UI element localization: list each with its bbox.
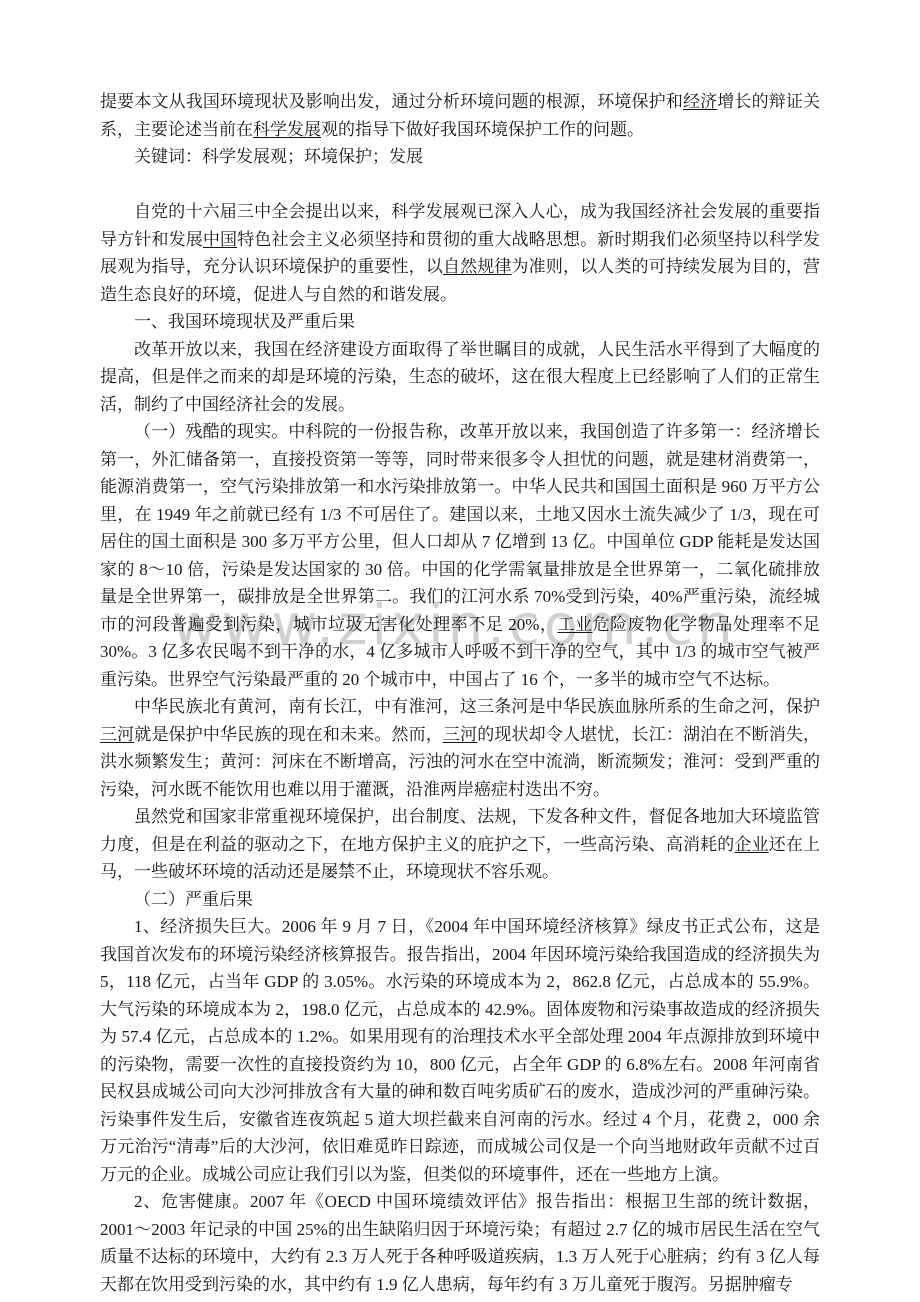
link-three-rivers-2[interactable]: 三河 (443, 725, 477, 744)
document-page: www.zixin.com.cn 提要本文从我国环境现状及影响出发，通过分析环境… (0, 0, 920, 1302)
paragraph-economic-loss: 1、经济损失巨大。2006 年 9 月 7 日，《2004 年中国环境经济核算》… (100, 913, 820, 1188)
text-run: 关键词：科学发展观；环境保护；发展 (134, 147, 423, 166)
keywords-line: 关键词：科学发展观；环境保护；发展 (100, 143, 820, 171)
section-heading-1: 一、我国环境现状及严重后果 (100, 308, 820, 336)
heading-text: （二）严重后果 (134, 890, 253, 909)
text-run: 1、经济损失巨大。2006 年 9 月 7 日，《2004 年中国环境经济核算》… (100, 917, 820, 1184)
text-run: 观的指导下做好我国环境保护工作的问题。 (321, 120, 644, 139)
link-enterprise[interactable]: 企业 (734, 835, 768, 854)
document-body: 提要本文从我国环境现状及影响出发，通过分析环境问题的根源，环境保护和经济增长的辩… (100, 88, 820, 1298)
paragraph-harsh-reality: （一）残酷的现实。中科院的一份报告称，改革开放以来，我国创造了许多第一：经济增长… (100, 418, 820, 693)
text-run: 改革开放以来，我国在经济建设方面取得了举世瞩目的成就，人民生活水平得到了大幅度的… (100, 340, 820, 414)
text-run: 中华民族北有黄河，南有长江，中有淮河，这三条河是中华民族血脉所系的生命之河，保护 (134, 697, 820, 716)
heading-text: 一、我国环境现状及严重后果 (134, 312, 355, 331)
text-run: （一）残酷的现实。中科院的一份报告称，改革开放以来，我国创造了许多第一：经济增长… (100, 422, 820, 634)
text-run: 提要本文从我国环境现状及影响出发，通过分析环境问题的根源，环境保护和 (100, 92, 683, 111)
link-china[interactable]: 中国 (203, 230, 237, 249)
paragraph-health-harm: 2、危害健康。2007 年《OECD 中国环境绩效评估》报告指出：根据卫生部的统… (100, 1188, 820, 1298)
abstract-paragraph: 提要本文从我国环境现状及影响出发，通过分析环境问题的根源，环境保护和经济增长的辩… (100, 88, 820, 143)
text-run: 虽然党和国家非常重视环境保护，出台制度、法规，下发各种文件，督促各地加大环境监管… (100, 807, 820, 854)
intro-paragraph: 自党的十六届三中全会提出以来，科学发展观已深入人心，成为我国经济社会发展的重要指… (100, 198, 820, 308)
text-run: 2、危害健康。2007 年《OECD 中国环境绩效评估》报告指出：根据卫生部的统… (100, 1192, 820, 1294)
link-economy[interactable]: 经济 (683, 92, 717, 111)
paragraph-government-efforts: 虽然党和国家非常重视环境保护，出台制度、法规，下发各种文件，督促各地加大环境监管… (100, 803, 820, 886)
paragraph-reform-opening: 改革开放以来，我国在经济建设方面取得了举世瞩目的成就，人民生活水平得到了大幅度的… (100, 336, 820, 419)
text-run: 就是保护中华民族的现在和未来。然而， (134, 725, 443, 744)
link-three-rivers-1[interactable]: 三河 (100, 725, 134, 744)
link-industry[interactable]: 工业 (557, 615, 592, 634)
paragraph-three-rivers: 中华民族北有黄河，南有长江，中有淮河，这三条河是中华民族血脉所系的生命之河，保护… (100, 693, 820, 803)
link-scientific-development[interactable]: 科学发展 (253, 120, 321, 139)
link-natural-law[interactable]: 自然规律 (443, 257, 512, 276)
section-heading-2: （二）严重后果 (100, 886, 820, 914)
